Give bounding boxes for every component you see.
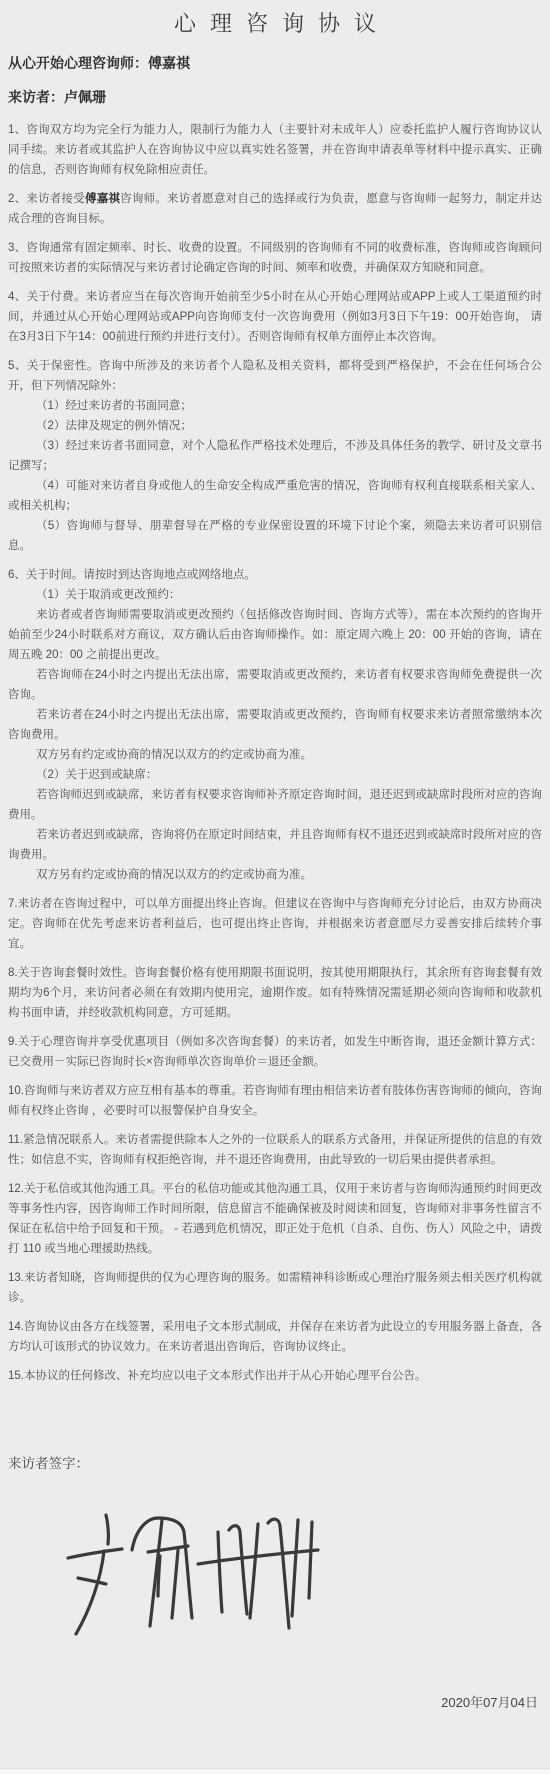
clause-paragraph: 4、关于付费。来访者应当在每次咨询开始前至少5小时在从心开始心理网站或APP上或… [8,287,542,347]
clause-paragraph: 双方另有约定或协商的情况以双方的约定或协商为准。 [8,745,542,765]
clause-paragraph: （2）法律及规定的例外情况； [8,416,542,436]
clause-paragraph: 9.关于心理咨询并享受优惠项目（例如多次咨询套餐）的来访者，如发生中断咨询，退还… [8,1032,542,1072]
clause-paragraph: 若咨询师迟到或缺席，来访者有权要求咨询师补齐原定咨询时间，退还迟到或缺席时段所对… [8,785,542,825]
clauses: 1、咨询双方均为完全行为能力人，限制行为能力人（主要针对未成年人）应委托监护人履… [8,120,542,1386]
visitor-line: 来访者：卢佩珊 [8,88,542,106]
clause-paragraph: 7.来访者在咨询过程中，可以单方面提出终止咨询。但建议在咨询中与咨询师充分讨论后… [8,894,542,954]
clause-paragraph: （2）关于迟到或缺席： [8,765,542,785]
clause-paragraph: （1）经过来访者的书面同意； [8,396,542,416]
clause-paragraph: 15.本协议的任何修改、补充均应以电子文本形式作出并于从心开始心理平台公告。 [8,1366,542,1386]
clause-paragraph: （5）咨询师与督导、朋辈督导在严格的专业保密设置的环境下讨论个案，须隐去来访者可… [8,516,542,556]
clause-paragraph: （4）可能对来访者自身或他人的生命安全构成严重危害的情况，咨询师有权利直接联系相… [8,476,542,516]
visitor-signature [46,1498,326,1650]
clause-paragraph: 14.咨询协议由各方在线签署，采用电子文本形式制成，并保存在来访者为此设立的专用… [8,1317,542,1357]
signature-label: 来访者签字： [8,1452,89,1472]
clause-paragraph: 1、咨询双方均为完全行为能力人，限制行为能力人（主要针对未成年人）应委托监护人履… [8,120,542,180]
clause-paragraph: 2、来访者接受傅嘉祺咨询师。来访者愿意对自己的选择或行为负责，愿意与咨询师一起努… [8,189,542,229]
clause-paragraph: 12.关于私信或其他沟通工具。平台的私信功能或其他沟通工具，仅用于来访者与咨询师… [8,1179,542,1259]
clause-paragraph: 5、关于保密性。咨询中所涉及的来访者个人隐私及相关资料，都将受到严格保护，不会在… [8,356,542,396]
clause-paragraph: 若咨询师在24小时之内提出无法出席，需要取消或更改预约，来访者有权要求咨询师免费… [8,665,542,705]
clause-paragraph: （3）经过来访者书面同意，对个人隐私作严格技术处理后，不涉及具体任务的教学、研讨… [8,436,542,476]
clause-paragraph: 8.关于咨询套餐时效性。咨询套餐价格有使用期限书面说明，按其使用期限执行，其余所… [8,963,542,1023]
agreement-body: 心理咨询协议 从心开始心理咨询师：傅嘉祺 来访者：卢佩珊 1、咨询双方均为完全行… [8,0,542,1448]
clause-paragraph: 11.紧急情况联系人。来访者需提供除本人之外的一位联系人的联系方式备用，并保证所… [8,1130,542,1170]
clause-paragraph: 若来访者在24小时之内提出无法出席，需要取消或更改预约，咨询师有权要求来访者照常… [8,705,542,745]
clause-paragraph: 若来访者迟到或缺席，咨询将仍在原定时间结束，并且咨询师有权不退还迟到或缺席时段所… [8,825,542,865]
clause-paragraph: 6、关于时间。请按时到达咨询地点或网络地点。 [8,565,542,585]
agreement-page: 心理咨询协议 从心开始心理咨询师：傅嘉祺 来访者：卢佩珊 1、咨询双方均为完全行… [0,0,550,1774]
clause-paragraph: 双方另有约定或协商的情况以双方的约定或协商为准。 [8,865,542,885]
page-title: 心理咨询协议 [8,0,542,38]
counselor-line: 从心开始心理咨询师：傅嘉祺 [8,54,542,72]
clause-paragraph: 来访者或者咨询师需要取消或更改预约（包括修改咨询时间、咨询方式等），需在本次预约… [8,605,542,665]
clause-paragraph: 3、咨询通常有固定频率、时长、收费的设置。不同级别的咨询师有不同的收费标准，咨询… [8,238,542,278]
clause-paragraph: （1）关于取消或更改预约： [8,585,542,605]
clause-paragraph: 10.咨询师与来访者双方应互相有基本的尊重。若咨询师有理由相信来访者有肢体伤害咨… [8,1081,542,1121]
page-bottom-edge [0,1768,550,1774]
date-stamp: 2020年07月04日 [441,1692,538,1711]
clause-paragraph: 13.来访者知晓，咨询师提供的仅为心理咨询的服务。如需精神科诊断或心理治疗服务须… [8,1268,542,1308]
